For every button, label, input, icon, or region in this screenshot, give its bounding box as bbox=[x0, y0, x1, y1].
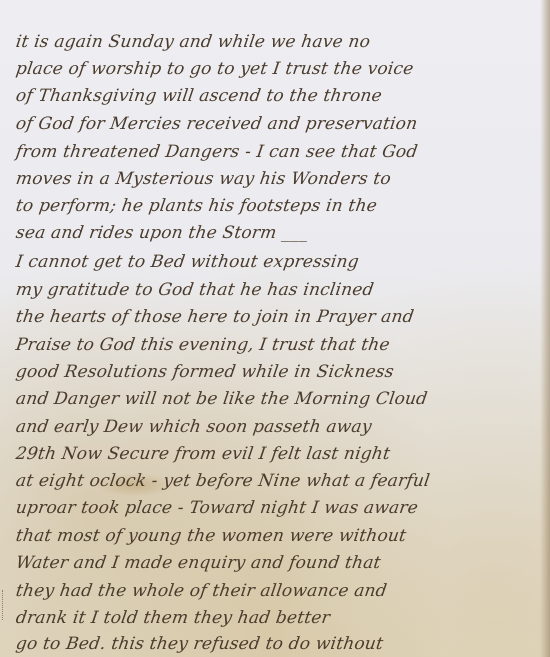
text-line: from threatened Dangers - I can see that… bbox=[14, 138, 548, 166]
text-line: place of worship to go to yet I trust th… bbox=[14, 55, 548, 83]
text-line: at eight oclock - yet before Nine what a… bbox=[14, 467, 548, 495]
text-line: of Thanksgiving will ascend to the thron… bbox=[14, 82, 548, 110]
text-line: good Resolutions formed while in Sicknes… bbox=[14, 358, 548, 386]
text-line: they had the whole of their allowance an… bbox=[14, 577, 548, 605]
text-line: of God for Mercies received and preserva… bbox=[14, 110, 548, 138]
text-line: drank it I told them they had better bbox=[14, 604, 548, 632]
text-line: moves in a Mysterious way his Wonders to bbox=[14, 165, 548, 193]
text-line: Praise to God this evening, I trust that… bbox=[14, 331, 548, 359]
text-line: the hearts of those here to join in Pray… bbox=[14, 303, 548, 331]
text-line: it is again Sunday and while we have no bbox=[14, 28, 548, 56]
text-line: my gratitude to God that he has inclined bbox=[14, 276, 548, 304]
text-line: and early Dew which soon passeth away bbox=[14, 413, 548, 441]
text-line: and Danger will not be like the Morning … bbox=[14, 385, 548, 413]
manuscript-page: it is again Sunday and while we have no … bbox=[0, 0, 550, 657]
text-line: to perform; he plants his footsteps in t… bbox=[14, 192, 548, 220]
text-line: sea and rides upon the Storm ___ bbox=[14, 219, 548, 247]
text-line: Water and I made enquiry and found that bbox=[14, 549, 548, 577]
text-line: go to Bed. this they refused to do witho… bbox=[14, 630, 548, 657]
text-line: that most of young the women were withou… bbox=[14, 522, 548, 550]
text-line: 29th Now Secure from evil I felt last ni… bbox=[14, 440, 548, 468]
text-line: uproar took place - Toward night I was a… bbox=[14, 494, 548, 522]
text-line: I cannot get to Bed without expressing bbox=[14, 248, 548, 276]
handwritten-text-block: it is again Sunday and while we have no … bbox=[0, 0, 550, 657]
